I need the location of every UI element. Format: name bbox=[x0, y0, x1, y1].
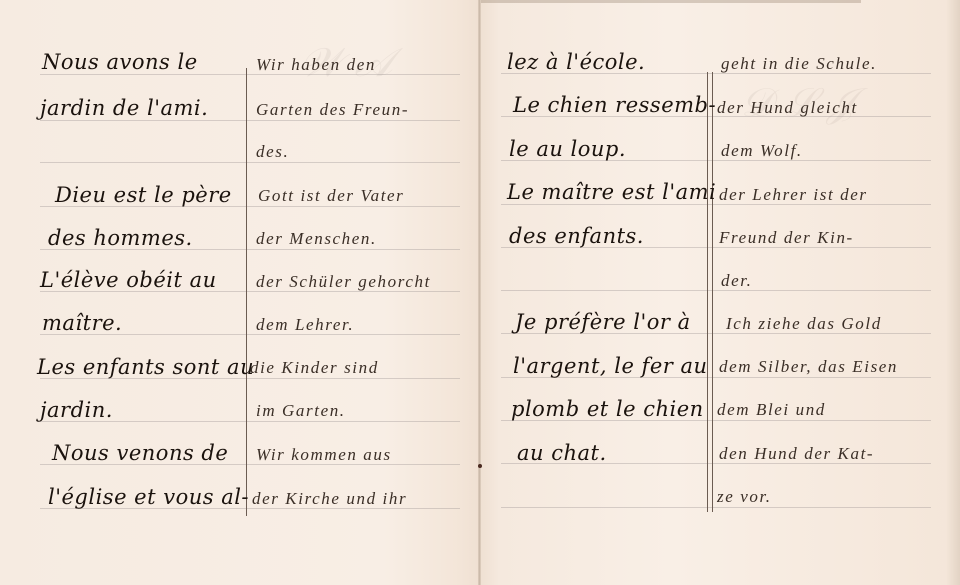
german-line: Ich ziehe das Gold bbox=[726, 315, 882, 332]
german-line: Freund der Kin- bbox=[719, 229, 854, 246]
right-page: 𝒟 ℒ 𝒥 lez à l'école. Le chien ressemb- l… bbox=[481, 0, 960, 585]
german-line: der. bbox=[721, 272, 752, 289]
french-line: le au loup. bbox=[509, 139, 626, 160]
french-line: plomb et le chien bbox=[511, 399, 704, 420]
french-line: Nous venons de bbox=[52, 443, 228, 464]
page-edge bbox=[946, 0, 960, 585]
german-line: die Kinder sind bbox=[250, 359, 379, 376]
german-line: dem Wolf. bbox=[721, 142, 803, 159]
german-line: Wir kommen aus bbox=[256, 446, 392, 463]
german-line: im Garten. bbox=[256, 402, 346, 419]
french-line: maître. bbox=[42, 313, 122, 334]
german-line: der Kirche und ihr bbox=[252, 490, 407, 507]
german-line: dem Blei und bbox=[717, 401, 826, 418]
ruled-line bbox=[501, 507, 931, 508]
french-line: des hommes. bbox=[48, 228, 193, 249]
column-divider bbox=[246, 68, 247, 516]
left-page: 𝒲 𝒜 Nous avons le jardin de l'ami. Dieu … bbox=[0, 0, 479, 585]
german-line: Wir haben den bbox=[256, 56, 376, 73]
french-line: au chat. bbox=[517, 443, 607, 464]
column-divider bbox=[707, 72, 713, 512]
copybook-spread: 𝒲 𝒜 Nous avons le jardin de l'ami. Dieu … bbox=[0, 0, 960, 585]
german-line: der Hund gleicht bbox=[717, 99, 858, 116]
french-line: l'église et vous al- bbox=[48, 487, 249, 508]
ruled-line bbox=[501, 204, 931, 205]
german-line: der Schüler gehorcht bbox=[256, 273, 431, 290]
french-line: L'élève obéit au bbox=[40, 270, 217, 291]
french-line: Les enfants sont au bbox=[37, 357, 254, 378]
german-line: den Hund der Kat- bbox=[719, 445, 874, 462]
german-line: Gott ist der Vater bbox=[258, 187, 404, 204]
german-line: Garten des Freun- bbox=[256, 101, 409, 118]
french-line: l'argent, le fer au bbox=[513, 356, 708, 377]
french-line: lez à l'école. bbox=[507, 52, 645, 73]
german-line: des. bbox=[256, 143, 289, 160]
german-line: dem Lehrer. bbox=[256, 316, 354, 333]
german-line: geht in die Schule. bbox=[721, 55, 877, 72]
ruled-line bbox=[40, 120, 460, 121]
french-line: Le maître est l'ami bbox=[507, 182, 716, 203]
ruled-line bbox=[40, 162, 460, 163]
french-line: Dieu est le père bbox=[55, 185, 232, 206]
german-line: ze vor. bbox=[717, 488, 772, 505]
french-line: Nous avons le bbox=[42, 52, 198, 73]
ruled-line bbox=[40, 74, 460, 75]
french-line: jardin. bbox=[40, 400, 113, 421]
ruled-line bbox=[501, 290, 931, 291]
french-line: Le chien ressemb- bbox=[513, 95, 716, 116]
french-line: des enfants. bbox=[509, 226, 644, 247]
french-line: jardin de l'ami. bbox=[40, 98, 208, 119]
german-line: der Menschen. bbox=[256, 230, 377, 247]
french-line: Je préfère l'or à bbox=[515, 312, 691, 333]
german-line: dem Silber, das Eisen bbox=[719, 358, 898, 375]
german-line: der Lehrer ist der bbox=[719, 186, 868, 203]
